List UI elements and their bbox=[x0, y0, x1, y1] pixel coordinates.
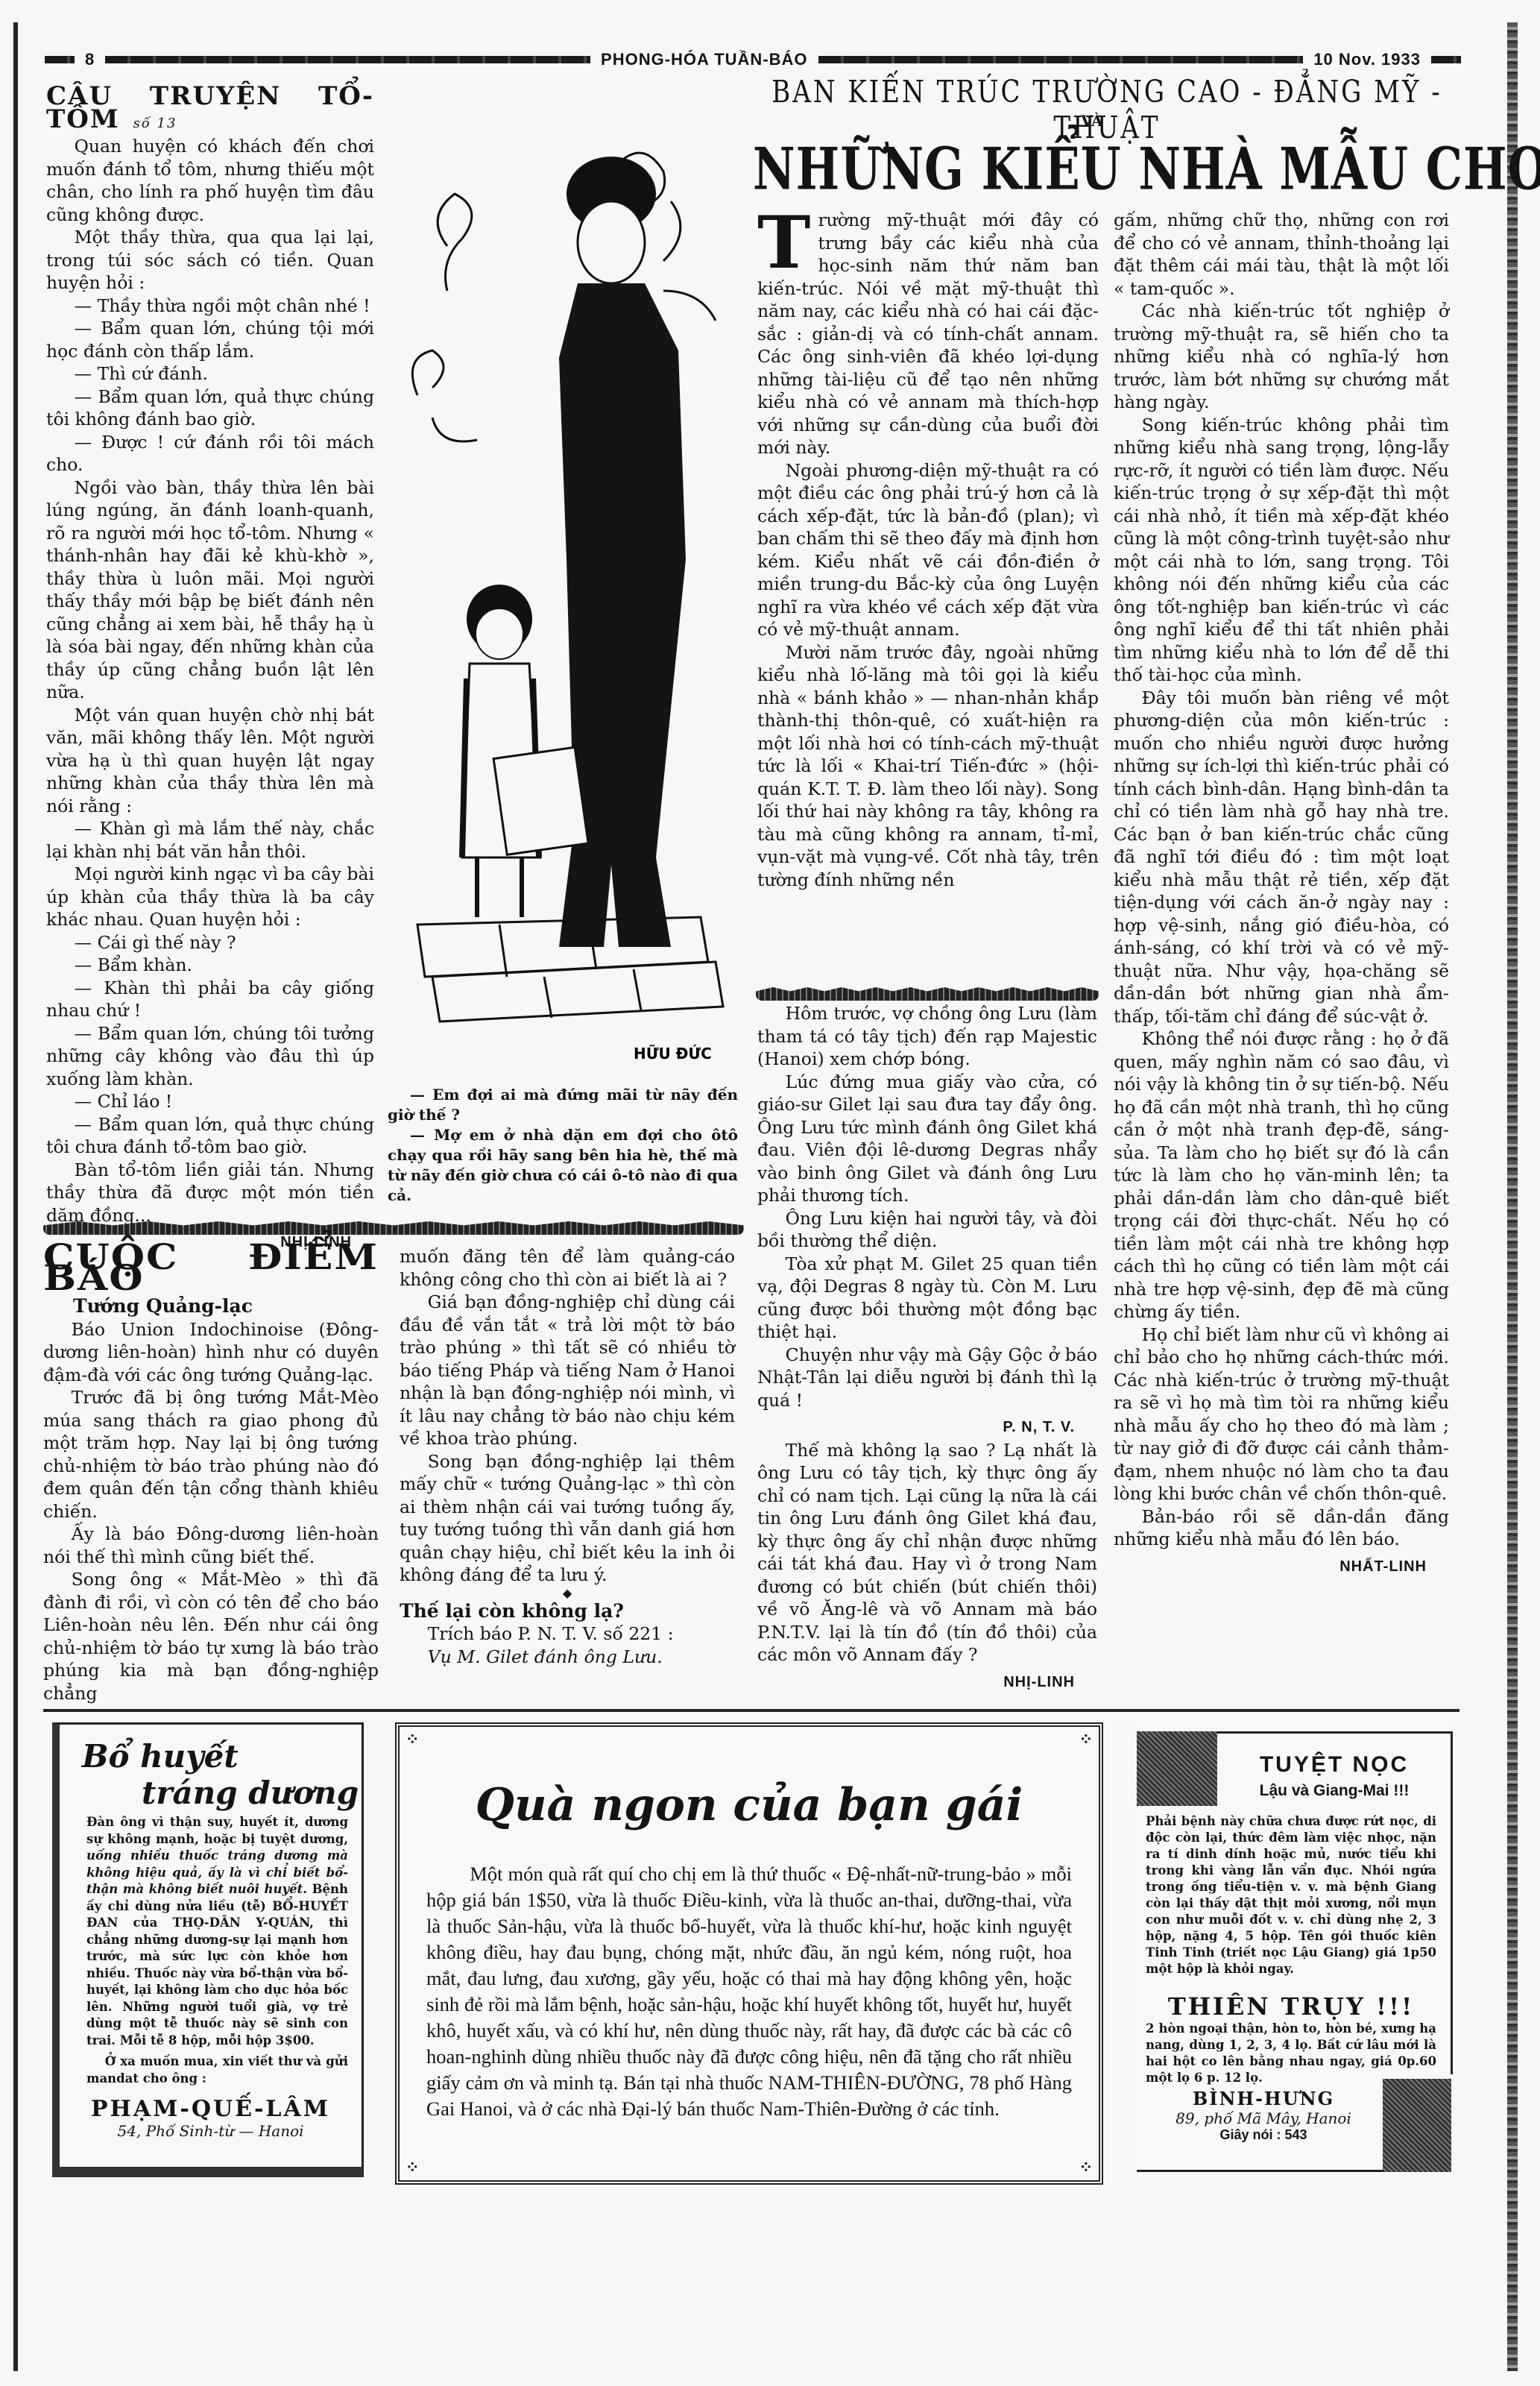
source-subtitle: Vụ M. Gilet đánh ông Lưu. bbox=[400, 1646, 735, 1669]
paragraph: Một thầy thừa, qua qua lại lại, trong tú… bbox=[46, 226, 374, 295]
credit-signature: P. N, T. V. bbox=[757, 1416, 1097, 1439]
paragraph: — Cái gì thế này ? bbox=[46, 931, 374, 954]
paragraph: Đây tôi muốn bàn riêng về một phương-diệ… bbox=[1114, 687, 1449, 1028]
paragraph: Bản-báo rồi sẽ dần-dần đăng những kiểu n… bbox=[1114, 1505, 1449, 1551]
page-edge-right bbox=[1507, 22, 1518, 2371]
author-signature: NHỊ-LINH bbox=[757, 1671, 1097, 1694]
caption-line: — Mợ em ở nhà dặn em đợi cho ôtô chạy qu… bbox=[388, 1125, 738, 1206]
paragraph: Hôm trước, vợ chồng ông Lưu (làm tham tá… bbox=[757, 1002, 1097, 1071]
paragraph: Ông Lưu kiện hai người tây, và đòi bồi t… bbox=[757, 1207, 1097, 1253]
ad-seller: PHẠM-QUẾ-LÂM bbox=[60, 2096, 362, 2122]
paragraph: Quan huyện có khách đến chơi muốn đánh t… bbox=[46, 135, 374, 226]
paragraph: Không thể nói được rằng : họ ở đã quen, … bbox=[1114, 1027, 1449, 1323]
page-number: 8 bbox=[85, 50, 95, 69]
ad-title: TUYỆT NỌC bbox=[1226, 1752, 1442, 1778]
paragraph: Bàn tổ-tôm liền giải tán. Nhưng thầy thừ… bbox=[46, 1159, 374, 1227]
ad-decor-block bbox=[1137, 1731, 1217, 1806]
paragraph: Song ông « Mắt-Mèo » thì đã đành đi rồi,… bbox=[43, 1568, 379, 1704]
ad-body: Đàn ông vì thận suy, huyết ít, dương sự … bbox=[60, 1811, 362, 2087]
section-heading: Tướng Quảng-lạc bbox=[43, 1295, 379, 1318]
ad-title: tráng dương bbox=[142, 1775, 362, 1811]
paragraph: — Bẩm quan lớn, chúng tội mới học đánh c… bbox=[46, 317, 374, 362]
paragraph: Song bạn đồng-nghiệp lại thêm mấy chữ « … bbox=[400, 1450, 735, 1587]
paragraph: Trước đã bị ông tướng Mắt-Mèo múa sang t… bbox=[43, 1386, 379, 1523]
ad-border bbox=[1137, 2170, 1383, 2172]
paragraph: Họ chỉ biết làm như cũ vì không ai chỉ b… bbox=[1114, 1323, 1449, 1505]
paragraph: Mọi người kinh ngạc vì ba cây bài úp khà… bbox=[46, 863, 374, 931]
paragraph: Một ván quan huyện chờ nhị bát văn, mãi … bbox=[46, 704, 374, 818]
page-edge-left bbox=[13, 22, 18, 2371]
ad-subtitle: Lậu và Giang-Mai !!! bbox=[1226, 1782, 1442, 1800]
paragraph: — Bẩm quan lớn, quả thực chúng tôi chưa … bbox=[46, 1113, 374, 1159]
paragraph: — Bẩm quan lớn, quả thực chúng tôi không… bbox=[46, 385, 374, 431]
paragraph: Các nhà kiến-trúc tốt nghiệp ở trường mỹ… bbox=[1114, 300, 1449, 414]
paragraph: Ngoài phương-diện mỹ-thuật ra có một điề… bbox=[757, 459, 1099, 641]
masthead-rule bbox=[45, 56, 75, 63]
paragraph: — Được ! cứ đánh rồi tôi mách cho. bbox=[46, 431, 374, 476]
ads-top-rule bbox=[43, 1709, 1459, 1712]
ad-body: Một món quà rất quí cho chị em là thứ th… bbox=[400, 1831, 1099, 2122]
paragraph: Tòa xử phạt M. Gilet 25 quan tiền vạ, độ… bbox=[757, 1253, 1097, 1344]
story-toto-title: CÂU TRUYỆN TỔ-TÔMsố 13 bbox=[46, 85, 374, 135]
paragraph: — Khàn thì phải ba cây giống nhau chứ ! bbox=[46, 977, 374, 1022]
cuoc-diem-bao-col2: muốn đăng tên để làm quảng-cáo không côn… bbox=[400, 1245, 735, 1668]
paragraph: gấm, những chữ thọ, những con rơi để cho… bbox=[1114, 209, 1449, 300]
illustration-caption: — Em đợi ai mà đứng mãi từ nãy đến giờ t… bbox=[388, 1085, 738, 1206]
masthead-rule bbox=[105, 56, 590, 63]
ad-shop: BÌNH-HƯNG 89, phố Mã Mây, Hanoi Giây nói… bbox=[1152, 2088, 1375, 2143]
architecture-connector: VÀ bbox=[1081, 112, 1102, 130]
paragraph: — Thầy thừa ngồi một chân nhé ! bbox=[46, 295, 374, 318]
ornament-dot: ◆ bbox=[400, 1587, 735, 1600]
corner-ornament: ⁘ bbox=[405, 1730, 419, 1749]
paragraph: Mười năm trước đây, ngoài những kiểu nhà… bbox=[757, 641, 1099, 892]
paragraph: Thế mà không lạ sao ? Lạ nhất là ông Lưu… bbox=[757, 1439, 1097, 1666]
ad-title-2: THIÊN TRỤY !!! bbox=[1146, 1992, 1436, 2021]
author-signature: NHẤT-LINH bbox=[1114, 1555, 1449, 1578]
paragraph: Lúc đứng mua giấy vào cửa, có giáo-sư Gi… bbox=[757, 1071, 1097, 1207]
paragraph: — Bẩm khàn. bbox=[46, 954, 374, 977]
paragraph: Báo Union Indochinoise (Đông-dương liên-… bbox=[43, 1318, 379, 1387]
masthead-rule bbox=[1431, 56, 1461, 63]
paragraph: Song kiến-trúc không phải tìm những kiểu… bbox=[1114, 414, 1449, 687]
masthead: 8 PHONG-HÓA TUẦN-BÁO 10 Nov. 1933 bbox=[45, 48, 1461, 72]
ad-title: Quà ngon của bạn gái bbox=[400, 1779, 1099, 1831]
architecture-col1: Trường mỹ-thuật mới đây có trưng bầy các… bbox=[757, 209, 1099, 891]
ad-tuyet-noc: TUYỆT NỌC Lậu và Giang-Mai !!! Phải bệnh… bbox=[1137, 1722, 1450, 2177]
ad-body: Phải bệnh này chữa chưa được rứt nọc, di… bbox=[1146, 1813, 1436, 1977]
architecture-col2: gấm, những chữ thọ, những con rơi để cho… bbox=[1114, 209, 1449, 1578]
ad-title: Bổ huyết bbox=[82, 1738, 362, 1775]
artist-signature: HỮU ĐỨC bbox=[634, 1045, 712, 1063]
caption-line: — Em đợi ai mà đứng mãi từ nãy đến giờ t… bbox=[388, 1085, 738, 1125]
paragraph: Trường mỹ-thuật mới đây có trưng bầy các… bbox=[757, 209, 1099, 459]
paragraph: — Chỉ láo ! bbox=[46, 1090, 374, 1113]
paragraph: — Thì cứ đánh. bbox=[46, 362, 374, 385]
corner-ornament: ⁘ bbox=[1079, 1730, 1093, 1749]
masthead-rule bbox=[818, 56, 1304, 63]
paragraph: — Khàn gì mà lắm thế này, chắc lại khàn … bbox=[46, 817, 374, 863]
section-divider bbox=[756, 987, 1099, 1001]
source-line: Trích báo P. N. T. V. số 221 : bbox=[400, 1622, 735, 1646]
cuoc-diem-bao-col3: Hôm trước, vợ chồng ông Lưu (làm tham tá… bbox=[757, 1002, 1097, 1693]
paper-name: PHONG-HÓA TUẦN-BÁO bbox=[601, 50, 808, 69]
shop-phone: Giây nói : 543 bbox=[1152, 2127, 1375, 2143]
paragraph: Ấy là báo Đông-dương liên-hoàn nói thế t… bbox=[43, 1523, 379, 1568]
cuoc-diem-bao-title: CUỘC ĐIỂM BÁO bbox=[43, 1247, 379, 1288]
ad-bo-huyet: Bổ huyết tráng dương Đàn ông vì thận suy… bbox=[52, 1722, 364, 2177]
corner-ornament: ⁘ bbox=[405, 2158, 419, 2177]
story-issue: số 13 bbox=[133, 116, 177, 131]
ad-address: 54, Phố Sinh-từ — Hanoi bbox=[60, 2122, 362, 2140]
architecture-headline: NHỮNG KIỂU NHÀ MẪU CHO DÂN QUÊ bbox=[753, 135, 1461, 203]
paragraph: Ngồi vào bàn, thầy thừa lên bài lúng ngú… bbox=[46, 476, 374, 704]
shop-address: 89, phố Mã Mây, Hanoi bbox=[1152, 2109, 1375, 2127]
paragraph: muốn đăng tên để làm quảng-cáo không côn… bbox=[400, 1245, 735, 1291]
section-divider bbox=[43, 1221, 744, 1235]
paragraph: — Bẩm quan lớn, chúng tôi tưởng những câ… bbox=[46, 1022, 374, 1091]
ad-body-2: 2 hòn ngoại thận, hòn to, hòn bé, xưng h… bbox=[1146, 2021, 1436, 2086]
cuoc-diem-bao-col1: CUỘC ĐIỂM BÁO Tướng Quảng-lạc Báo Union … bbox=[43, 1245, 379, 1704]
drop-cap: T bbox=[757, 212, 810, 274]
story-toto: CÂU TRUYỆN TỔ-TÔMsố 13 Quan huyện có khá… bbox=[46, 85, 374, 1254]
paragraph: Chuyện như vậy mà Gậy Gộc ở báo Nhật-Tân… bbox=[757, 1344, 1097, 1412]
paragraph: Giá bạn đồng-nghiệp chỉ dùng cái đầu đề … bbox=[400, 1291, 735, 1450]
corner-ornament: ⁘ bbox=[1079, 2158, 1093, 2177]
shop-name: BÌNH-HƯNG bbox=[1152, 2088, 1375, 2109]
cartoon-illustration: HỮU ĐỨC bbox=[388, 112, 745, 1074]
section-heading: Thế lại còn không lạ? bbox=[400, 1600, 735, 1623]
issue-date: 10 Nov. 1933 bbox=[1313, 50, 1421, 69]
ad-qua-ngon: ⁘ ⁘ ⁘ ⁘ Quà ngon của bạn gái Một món quà… bbox=[395, 1722, 1103, 2185]
ad-decor-block bbox=[1383, 2079, 1451, 2172]
